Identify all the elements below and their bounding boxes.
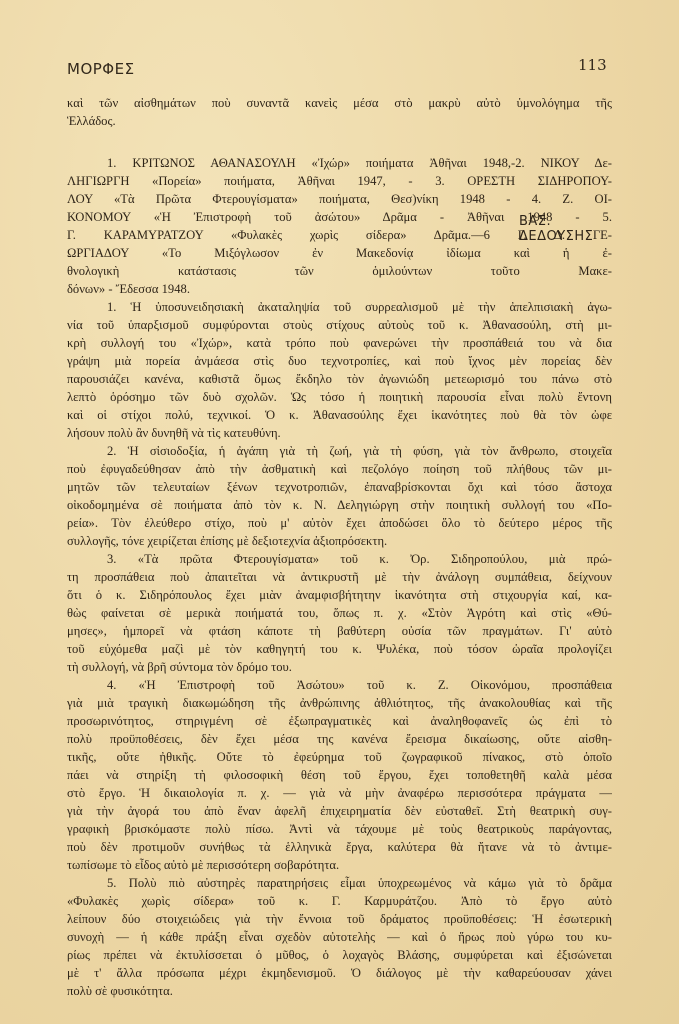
review-5-line: πολὺ σὲ φυσικότητα. <box>67 982 612 1000</box>
review-2-line: συλλογῆς, τόνε χειρίζεται ἐπίσης μὲ δεξι… <box>67 532 612 550</box>
review-1-line: καὶ οἱ στίχοι πολύ, τεχνικοί. Ὁ κ. Ἀθανα… <box>67 406 612 424</box>
review-4-line: τωπίσωμε τὸ εἶδος αὐτὸ μὲ περισσότερη σο… <box>67 856 612 874</box>
review-3-line: θὼς φαίνεται σὲ μερικὰ ποιήματά του, ὅπω… <box>67 604 612 622</box>
review-4-line: πολὺ προϋποθέσεις, δὲν ἔχει μέσα της καν… <box>67 730 612 748</box>
review-4-line: γιὰ μιὰ τραγικὴ διακωμώδηση τῆς ἀνθρώπιν… <box>67 694 612 712</box>
bibliography-line: δόνων» - Ἔδεσσα 1948. <box>67 280 612 298</box>
review-1-line: νία τοῦ ὑπαρξισμοῦ συμφύρονται στοὺς στί… <box>67 316 612 334</box>
review-2-line: ποὺ ἐφυγαδεύθησαν ἀπὸ τὴν ἀσθματικὴ καὶ … <box>67 460 612 478</box>
bibliography-line: 1. ΚΡΙΤΩΝΟΣ ΑΘΑΝΑΣΟΥΛΗ «Ἰχώρ» ποιήματα Ἀ… <box>67 154 612 172</box>
review-3-line: τοῦ εὐχόμεθα μαζὶ μὲ τὸν καθηγητή του κ.… <box>67 640 612 658</box>
running-head: ΜΟΡΦΕΣ <box>67 60 135 78</box>
review-1-line: κρὴ συλλογή του «Ἰχώρ», κατὰ τρόπο ποὺ φ… <box>67 334 612 352</box>
review-5-line: μὲ τ' ἄλλα πρόσωπα μέχρι ἐκμηδενισμοῦ. Ὁ… <box>67 964 612 982</box>
scanned-page: ΜΟΡΦΕΣ 113 καὶ τῶν αἰσθημάτων ποὺ συναντ… <box>0 0 679 1024</box>
review-1-line: λήσουν πολὺ ἂν δυνηθῆ νὰ τὶς κατευθύνη. <box>67 424 612 442</box>
review-4-line: προσωρινότητος, στηριγμένη σὲ ἐξωπραγματ… <box>67 712 612 730</box>
review-1-line: λεπτὸ ὁρόσημο τῶν δυὸ σχολῶν. Ὡς τόσο ἡ … <box>67 388 612 406</box>
review-3-line: τη προσπάθεια ποὺ ἀπαιτεῖται νὰ ἀντικρυσ… <box>67 568 612 586</box>
review-5-line: ρίως πρέπει νὰ ἐκτυλίσσεται ὁ μῦθος, ὁ λ… <box>67 946 612 964</box>
review-4-line: πάει νὰ στηρίξη τὴ φιλοσοφικὴ θέση τοῦ ἔ… <box>67 766 612 784</box>
review-4-line: τικῆς, οὔτε ἠθικῆς. Οὔτε τὸ ἐφεύρημα τοῦ… <box>67 748 612 766</box>
bibliography-line: ΩΡΓΙΑΔΟΥ «Το Μιξόγλωσον ἐν Μακεδονίᾳ ἰδί… <box>67 244 612 262</box>
author-signature: ΒΑΣ. ΔΕΔΟΥΣΗΣ <box>519 214 612 244</box>
review-4-line: ποὺ δὲν προτιμοῦν συνήθως τὰ ἑλληνικὰ ἔρ… <box>67 838 612 856</box>
review-4-line: γραφικὴ βρισκόμαστε πολὺ πίσω. Ἀντὶ νὰ τ… <box>67 820 612 838</box>
review-5-line: 5. Πολὺ πιὸ αὐστηρὲς παρατηρήσεις εἶμαι … <box>67 874 612 892</box>
review-3-line: μησες», ἡμπορεῖ νὰ φτάση κάποτε τὴ βαθύτ… <box>67 622 612 640</box>
review-2-line: οἰκοδομημένα σὲ ποιήματα ἀπὸ τὸν κ. Ν. Δ… <box>67 496 612 514</box>
text-line: Ἑλλάδος. <box>67 112 612 130</box>
review-1-line: παρουσιάζει κανένα, καθιστᾶ ὅμως ἔκδηλο … <box>67 370 612 388</box>
text-line: καὶ τῶν αἰσθημάτων ποὺ συναντᾶ κανεὶς μέ… <box>67 94 612 112</box>
review-4-line: γιὰ τὴν ἀγορά του ἀπὸ ἕναν ἀφελῆ ἐπιχειρ… <box>67 802 612 820</box>
review-4-line: 4. «Ἡ Ἐπιστροφὴ τοῦ Ἀσώτου» τοῦ κ. Ζ. Οἰ… <box>67 676 612 694</box>
review-2-line: ρεία». Τὸν ἐλεύθερο στίχο, ποὺ μ' αὐτὸν … <box>67 514 612 532</box>
review-2-line: 2. Ἡ σἰσιοδοξία, ἡ ἀγάπη γιὰ τὴ ζωή, γιὰ… <box>67 442 612 460</box>
bibliography-line: ΛΟΥ «Τὰ Πρῶτα Φτερουγίσματα» ποιήματα, Θ… <box>67 190 612 208</box>
review-1-line: 1. Ἡ ὑποσυνειδησιακὴ ἀκαταληψία τοῦ συρρ… <box>67 298 612 316</box>
review-5-line: λείπουν δύο στοιχειώδεις γιὰ τὴν ἔννοια … <box>67 910 612 928</box>
review-5-line: «Φυλακὲς χωρὶς σίδερα» τοῦ κ. Γ. Καρμυρά… <box>67 892 612 910</box>
review-5-line: συνοχὴ — ἡ κάθε πράξη εἶναι σχεδὸν αὐτοτ… <box>67 928 612 946</box>
bibliography-line: θνολογικὴ κατάστασις τῶν ὁμιλούντων τοῦτ… <box>67 262 612 280</box>
spacer <box>67 130 612 154</box>
page-number: 113 <box>578 56 607 74</box>
review-2-line: μητῶν τῶν τελευταίων ξένων τεχνοτροπιῶν,… <box>67 478 612 496</box>
review-1-line: γράψη μιὰ πορεία ἀνμάεσα στὶς δυο τεχνοτ… <box>67 352 612 370</box>
review-3-line: ὅτι ὁ κ. Σιδηρόπουλος ἔχει μιὰν ἀναμφισβ… <box>67 586 612 604</box>
body-text: καὶ τῶν αἰσθημάτων ποὺ συναντᾶ κανεὶς μέ… <box>67 94 612 1000</box>
review-3-line: 3. «Τὰ πρῶτα Φτερουγίσματα» τοῦ κ. Ὀρ. Σ… <box>67 550 612 568</box>
review-3-line: τὴ συλλογή, νὰ βρῆ σύντομα τὸν δρόμο του… <box>67 658 612 676</box>
review-4-line: στὸ ἔργο. Ἡ δικαιολογία π. χ. — γιὰ νὰ μ… <box>67 784 612 802</box>
bibliography-line: ΛΗΓΙΩΡΓΗ «Πορεία» ποιήματα, Ἀθῆναι 1947,… <box>67 172 612 190</box>
